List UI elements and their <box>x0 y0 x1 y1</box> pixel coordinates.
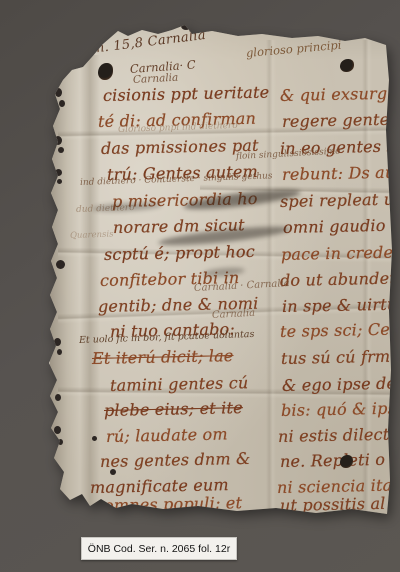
photo-background: Rom. 15,8 Carnalia Carnalia· C Carnalia … <box>0 0 400 572</box>
binding-fold-strip <box>50 55 100 515</box>
ink-speck <box>55 394 61 401</box>
parchment-surface: Rom. 15,8 Carnalia Carnalia· C Carnalia … <box>0 0 400 572</box>
text-line-right: ut possitis al <box>280 494 386 515</box>
ink-speck <box>59 100 65 107</box>
ink-speck <box>110 469 116 475</box>
ink-speck <box>54 136 62 145</box>
text-line-right: rebunt: Ds au <box>282 163 396 184</box>
text-line-right: tus sú cú frm <box>281 347 391 368</box>
text-line-right: regere gentes <box>282 110 398 131</box>
text-line-right: te sps sci; Cer <box>280 320 398 341</box>
ink-speck <box>92 436 97 441</box>
text-line-right: omni gaudio & <box>283 215 400 237</box>
text-line-right: bis: quó & ipsi pl <box>281 398 400 420</box>
ink-speck <box>58 439 63 445</box>
text-line-right: ni estis dilectio <box>278 424 400 446</box>
text-line-left: cisionis ppt ueritate <box>103 83 270 105</box>
ink-speck <box>181 22 191 30</box>
manuscript-page: Rom. 15,8 Carnalia Carnalia· C Carnalia … <box>0 0 400 572</box>
text-line-left: plebe eius; et ite <box>104 398 243 420</box>
interlinear-gloss: Carnalia <box>212 308 256 321</box>
text-line-right: in spe & uirtu <box>282 295 398 316</box>
ink-speck <box>57 349 62 355</box>
text-line-left: tamini gentes cú <box>110 373 249 395</box>
text-line-left: rú; laudate om <box>106 424 228 446</box>
text-line-right: & qui exsurge <box>280 84 397 105</box>
caption-text: ÖNB Cod. Ser. n. 2065 fol. 12r <box>88 543 230 555</box>
ink-speck <box>55 88 62 97</box>
text-line-left: omnes populi; et <box>104 493 242 515</box>
text-line-left: Et iterú dicit; lae <box>92 346 234 368</box>
ink-speck <box>58 147 64 153</box>
interlinear-gloss: Quarensis <box>70 229 114 241</box>
text-line-right: pace in creden <box>281 242 400 264</box>
ink-speck <box>55 169 62 176</box>
text-line-right: ne. Repleti o <box>280 450 386 471</box>
crease-line <box>266 40 276 514</box>
ink-speck <box>54 426 61 434</box>
ink-speck <box>54 338 61 346</box>
text-line-right: & ego ipse de uo <box>282 373 400 395</box>
text-line-right: do ut abundet& <box>280 268 400 290</box>
annotation-pencil-mark: — 15.14 <box>315 26 358 41</box>
ink-speck <box>56 260 65 269</box>
ink-speck <box>57 179 62 184</box>
annotation-vertical-shelfmark: 580/18/965 <box>36 444 44 494</box>
caption-label: ÖNB Cod. Ser. n. 2065 fol. 12r <box>81 537 237 560</box>
text-line-left: nes gentes dnm & <box>100 449 251 471</box>
ink-smudge <box>196 12 316 28</box>
